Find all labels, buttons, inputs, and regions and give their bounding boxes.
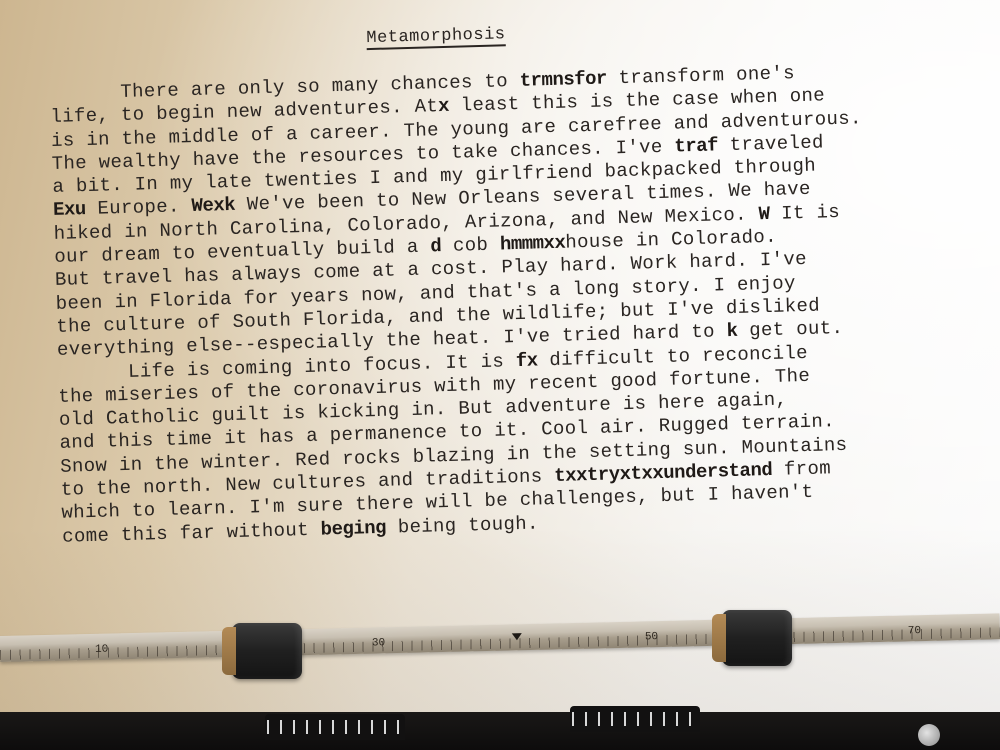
struck-out-text: Wexk (191, 194, 235, 217)
typed-text: get out. (737, 317, 843, 342)
bail-roller-right[interactable] (722, 610, 792, 666)
screw-icon (918, 724, 940, 746)
typebar-guide-right (570, 706, 700, 732)
struck-out-text: x (438, 95, 450, 117)
struck-out-text: beging (320, 516, 386, 540)
struck-out-text: trmnsfor (519, 67, 607, 91)
struck-out-text: W (758, 203, 770, 225)
struck-out-text: fx (515, 349, 537, 372)
scale-label: 30 (372, 637, 385, 649)
typed-text: from (772, 457, 831, 481)
carriage-pointer-icon (512, 633, 522, 640)
struck-out-text: hmmmxx (500, 232, 566, 256)
struck-out-text: d (430, 235, 442, 257)
typed-text: Europe. (85, 196, 191, 221)
bail-roller-left[interactable] (232, 623, 302, 679)
typed-text: It is (769, 201, 840, 225)
document-body: There are only so many chances to trmnsf… (50, 60, 874, 548)
typed-text: traveled (718, 131, 824, 156)
struck-out-text: traf (674, 134, 718, 157)
typebar-guide-left (265, 714, 405, 740)
scale-label: 10 (95, 644, 108, 656)
scale-label: 70 (908, 625, 921, 637)
scale-label: 50 (645, 631, 658, 643)
struck-out-text: k (726, 320, 738, 342)
typed-text: being tough. (386, 512, 539, 538)
typed-text: cob (441, 234, 500, 258)
typewriter-mechanism (0, 712, 1000, 750)
struck-out-text: Exu (53, 199, 86, 222)
document-title: Metamorphosis (366, 25, 506, 48)
